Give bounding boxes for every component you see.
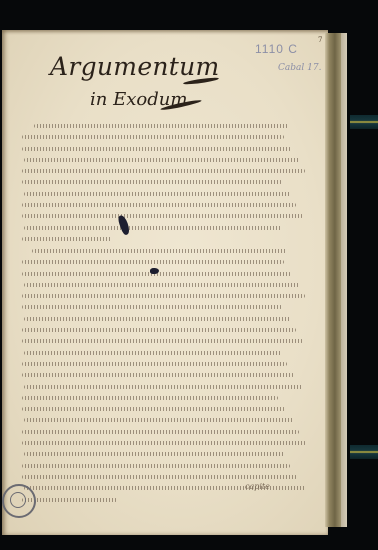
handwritten-line: [22, 165, 312, 176]
handwritten-line: [22, 347, 312, 358]
handwritten-line: [22, 448, 312, 459]
handwritten-line: [22, 256, 312, 267]
ribbon-bookmark-bottom: [350, 445, 378, 459]
page-title: Argumentum: [50, 52, 220, 81]
shelfmark: 1110 C: [255, 42, 298, 56]
handwritten-line: [22, 313, 312, 324]
handwritten-line: [22, 188, 312, 199]
handwritten-line: [22, 301, 312, 312]
handwritten-line: [22, 199, 312, 210]
handwritten-line: [22, 471, 312, 482]
handwritten-line: [22, 437, 312, 448]
handwritten-line: [22, 131, 312, 142]
handwritten-line: [22, 335, 312, 346]
handwritten-line: [22, 279, 312, 290]
handwritten-line: [22, 358, 312, 369]
handwritten-line: [22, 426, 312, 437]
handwritten-line: [22, 381, 312, 392]
library-stamp-icon: [2, 484, 36, 518]
handwritten-line: [22, 176, 312, 187]
handwritten-line: [22, 245, 312, 256]
handwritten-line: [22, 222, 312, 233]
handwritten-line: [22, 120, 312, 131]
handwritten-line: [22, 494, 312, 505]
handwritten-line: [22, 154, 312, 165]
catchword: capite: [245, 482, 270, 491]
handwritten-line: [22, 392, 312, 403]
handwritten-line: [22, 414, 312, 425]
handwritten-line: [22, 290, 312, 301]
shelfmark-note: Cabal 17.: [278, 63, 321, 73]
handwritten-line: [22, 460, 312, 471]
paragraph-1: [22, 120, 312, 244]
handwritten-line: [22, 268, 312, 279]
folio-number: 7: [318, 36, 322, 44]
ribbon-bookmark-top: [350, 115, 378, 129]
handwritten-line: [22, 143, 312, 154]
handwritten-line: [22, 233, 312, 244]
handwritten-line: [22, 403, 312, 414]
handwritten-line: [22, 324, 312, 335]
page-fore-edge: [325, 33, 347, 527]
handwritten-line: [22, 369, 312, 380]
paragraph-2: [22, 245, 312, 505]
handwritten-line: [22, 210, 312, 221]
